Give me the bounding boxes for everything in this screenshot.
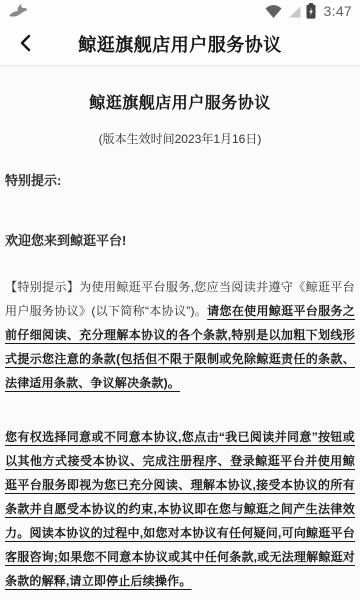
bird-notification-icon xyxy=(8,3,28,19)
agreement-title: 鲸逛旗舰店用户服务协议 xyxy=(5,90,355,113)
agreement-paragraph-1: 【特别提示】为使用鲸逛平台服务,您应当阅读并遵守《鲸逛平台用户服务协议》(以下简… xyxy=(5,275,355,395)
nav-title: 鲸逛旗舰店用户服务协议 xyxy=(78,31,282,57)
welcome-line: 欢迎您来到鲸逛平台! xyxy=(5,230,355,249)
special-notice-label: 特别提示: xyxy=(5,170,355,189)
chevron-left-icon xyxy=(17,34,35,55)
back-button[interactable] xyxy=(8,22,44,66)
agreement-version-line: (版本生效时间2023年1月16日) xyxy=(5,130,355,147)
battery-charging-icon xyxy=(306,3,316,19)
agreement-paragraph-2: 您有权选择同意或不同意本协议,您点击“我已阅读并同意”按钮或以其他方式接受本协议… xyxy=(5,425,355,593)
agreement-scroll-area[interactable]: 鲸逛旗舰店用户服务协议 (版本生效时间2023年1月16日) 特别提示: 欢迎您… xyxy=(0,66,360,600)
cellular-no-signal-icon xyxy=(287,5,301,18)
status-time: 3:47 xyxy=(324,3,352,19)
status-bar: 3:47 xyxy=(0,0,360,22)
paragraph-2-emphasis-text: 您有权选择同意或不同意本协议,您点击“我已阅读并同意”按钮或以其他方式接受本协议… xyxy=(5,430,355,588)
wifi-icon xyxy=(265,5,282,18)
nav-bar: 鲸逛旗舰店用户服务协议 xyxy=(0,22,360,66)
